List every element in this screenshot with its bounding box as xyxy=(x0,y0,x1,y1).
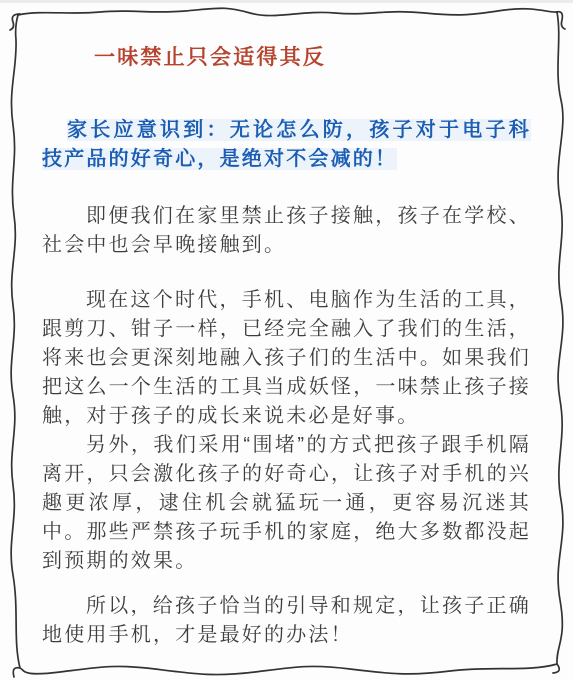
body-paragraph-1: 即便我们在家里禁止孩子接触，孩子在学校、社会中也会早晚接触到。 xyxy=(42,202,531,260)
article-title: 一味禁止只会适得其反 xyxy=(94,46,531,70)
highlight-paragraph-text: 家长应意识到：无论怎么防，孩子对于电子科技产品的好奇心，是绝对不会减的！ xyxy=(42,119,531,170)
body-paragraph-3: 另外，我们采用“围堵”的方式把孩子跟手机隔离开，只会激化孩子的好奇心，让孩子对手… xyxy=(42,431,531,576)
article-page: 一味禁止只会适得其反 家长应意识到：无论怎么防，孩子对于电子科技产品的好奇心，是… xyxy=(0,0,573,681)
body-paragraph-4: 所以，给孩子恰当的引导和规定，让孩子正确地使用手机，才是最好的办法！ xyxy=(42,592,531,650)
body-paragraph-2: 现在这个时代，手机、电脑作为生活的工具，跟剪刀、钳子一样，已经完全融入了我们的生… xyxy=(42,286,531,431)
highlight-paragraph: 家长应意识到：无论怎么防，孩子对于电子科技产品的好奇心，是绝对不会减的！ xyxy=(42,116,531,174)
article-content: 一味禁止只会适得其反 家长应意识到：无论怎么防，孩子对于电子科技产品的好奇心，是… xyxy=(0,0,573,681)
